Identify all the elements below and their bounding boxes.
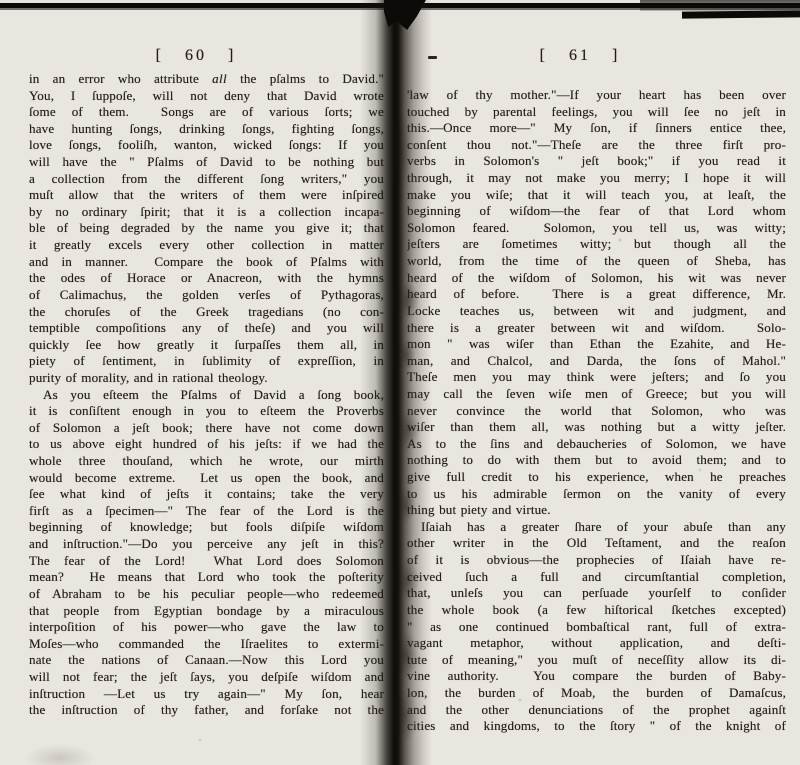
right-page-number-header: [ 61 ] bbox=[410, 45, 750, 67]
text-line: of it is obvious—the prophecies of Iſaia… bbox=[407, 552, 786, 569]
text-line: 'law of thy mother."—If your heart has b… bbox=[407, 87, 786, 104]
text-line: mon " was wiſer than Ethan the Ezahite, … bbox=[407, 336, 786, 353]
text-line: of Solomon a jeſt book; there have not c… bbox=[29, 420, 384, 437]
text-line: nothing to do with them but to avoid the… bbox=[407, 452, 786, 469]
ink-mark bbox=[428, 56, 437, 59]
text-line: to us his admirable ſermon on the vanity… bbox=[407, 486, 786, 503]
text-line: Solomon feared. Solomon, you tell us, wa… bbox=[407, 220, 786, 237]
text-line: tute of meaning," you muſt of neceſſity … bbox=[407, 652, 786, 669]
text-line: make you wiſe; that it will teach you, a… bbox=[407, 187, 786, 204]
text-line: a collection from the different ſong wri… bbox=[29, 171, 384, 188]
text-line: by no ordinary ſpirit; that it is a coll… bbox=[29, 204, 384, 221]
text-line: that people from Egyptian bondage by a m… bbox=[29, 603, 384, 620]
text-line: there is a greater between wit and wiſdo… bbox=[407, 320, 786, 337]
text-line: to us above eight hundred of his jeſts: … bbox=[29, 436, 384, 453]
text-line: in an error who attribute all the pſalms… bbox=[29, 71, 384, 88]
text-line: cities and kingdoms, to the ſtory " of t… bbox=[407, 718, 786, 735]
text-line: never convince the world that Solomon, w… bbox=[407, 403, 786, 420]
top-scan-edge-line-right bbox=[682, 10, 800, 18]
text-line: thing but piety and virtue. bbox=[407, 502, 786, 519]
text-line: mean? He means that Lord who took the po… bbox=[29, 569, 384, 586]
text-line: jeſters are ſometimes witty; but though … bbox=[407, 236, 786, 253]
text-line: heard of the wiſdom of Solomon, his wit … bbox=[407, 270, 786, 287]
text-line: heard of before. There is a great differ… bbox=[407, 286, 786, 303]
text-line: ſome of them. Songs are of various ſorts… bbox=[29, 104, 384, 121]
text-line: vagant metaphor, without application, an… bbox=[407, 635, 786, 652]
text-line: will not fear; the jeſt ſays, you deſpiſ… bbox=[29, 669, 384, 686]
text-line: inſtruction —Let us try again—" My ſon, … bbox=[29, 686, 384, 703]
text-line: it is conſiſtent enough in you to eſteem… bbox=[29, 403, 384, 420]
text-line: ble of being degraded by the name you gi… bbox=[29, 220, 384, 237]
book-scan-background: [ 60 ] [ 61 ] in an error who attribute … bbox=[0, 0, 800, 765]
text-line: ceived ſuch a full and circumſtantial co… bbox=[407, 569, 786, 586]
right-page-text: 'law of thy mother."—If your heart has b… bbox=[407, 87, 786, 735]
text-line: firſt as a ſpecimen—" The fear of the Lo… bbox=[29, 503, 384, 520]
text-line: it greatly excels every other collection… bbox=[29, 237, 384, 254]
text-line: give full credit to his experience, when… bbox=[407, 469, 786, 486]
text-line: love ſongs, fooliſh, wanton, wicked ſong… bbox=[29, 137, 384, 154]
text-line: whole three thouſand, which he wrote, ou… bbox=[29, 453, 384, 470]
text-line: The fear of the Lord! What Lord does Sol… bbox=[29, 553, 384, 570]
text-line: and the other denunciations of the proph… bbox=[407, 702, 786, 719]
text-line: piety of ſentiment, in ſublimity of expr… bbox=[29, 353, 384, 370]
text-line: through, it may not make you merry; I ho… bbox=[407, 170, 786, 187]
text-line: Iſaiah has a greater ſhare of your abuſe… bbox=[407, 519, 786, 536]
text-line: You, I ſuppoſe, will not deny that David… bbox=[29, 88, 384, 105]
text-line: other writer in the Old Teſtament, and t… bbox=[407, 535, 786, 552]
text-line: beginning of knowledge; but fools diſpiſ… bbox=[29, 519, 384, 536]
text-line: verbs in Solomon's " jeſt book;" if you … bbox=[407, 153, 786, 170]
text-line: As you eſteem the Pſalms of David a ſong… bbox=[29, 387, 384, 404]
text-line: world, from the time of the queen of She… bbox=[407, 253, 786, 270]
text-line: lon, the burden of Moab, the burden of D… bbox=[407, 685, 786, 702]
text-line: the whole book (a few hiſtorical ſketche… bbox=[407, 602, 786, 619]
text-line: Moſes—who commanded the Iſraelites to ex… bbox=[29, 636, 384, 653]
text-line: the odes of Horace or Anacreon, with the… bbox=[29, 270, 384, 287]
text-line: beginning of wiſdom—the fear of that Lor… bbox=[407, 203, 786, 220]
text-line: this.—Once more—" My ſon, if ſinners ent… bbox=[407, 120, 786, 137]
text-line: the inſtruction of thy father, and forſa… bbox=[29, 702, 384, 719]
text-line: man, and Chalcol, and Darda, the ſons of… bbox=[407, 353, 786, 370]
left-page-number-header: [ 60 ] bbox=[28, 45, 364, 67]
text-line: and in manner. Compare the book of Pſalm… bbox=[29, 254, 384, 271]
text-line: Theſe men you may think were jeſters; an… bbox=[407, 369, 786, 386]
text-line: As to the ſins and debaucheries of Solom… bbox=[407, 436, 786, 453]
text-line: interpoſition of his power—who gave the … bbox=[29, 619, 384, 636]
text-line: conſent thou not."—Theſe are the three f… bbox=[407, 137, 786, 154]
text-line: " as one continued bombaſtical rant, ful… bbox=[407, 619, 786, 636]
text-line: may call the ſeven wiſe men of Greece; b… bbox=[407, 386, 786, 403]
left-page-text: in an error who attribute all the pſalms… bbox=[29, 71, 384, 719]
text-line: the choruſes of the Greek tragedians (no… bbox=[29, 304, 384, 321]
text-line: of Abraham to be his peculiar people—who… bbox=[29, 586, 384, 603]
text-line: quickly ſee how greatly it ſurpaſſes the… bbox=[29, 337, 384, 354]
text-line: touched by parental feelings, you will ſ… bbox=[407, 104, 786, 121]
text-line: of Calimachus, the golden verſes of Pyth… bbox=[29, 287, 384, 304]
text-line: and inſtruction."—Do you perceive any je… bbox=[29, 536, 384, 553]
text-line: temptible compoſitions any of theſe) and… bbox=[29, 320, 384, 337]
text-line: muſt allow that the writers of them were… bbox=[29, 187, 384, 204]
text-line: that, unleſs you can perſuade yourſelf t… bbox=[407, 585, 786, 602]
text-line: have hunting ſongs, drinking ſongs, figh… bbox=[29, 121, 384, 138]
text-line: ſee what kind of jeſts it contains; take… bbox=[29, 486, 384, 503]
text-line: would become extreme. Let us open the bo… bbox=[29, 470, 384, 487]
text-line: Locke teaches us, between wit and judgme… bbox=[407, 303, 786, 320]
gutter-top-blot bbox=[384, 0, 426, 30]
text-line: vine authority. You compare the burden o… bbox=[407, 668, 786, 685]
text-line: will have the " Pſalms of David to be no… bbox=[29, 154, 384, 171]
text-line: purity of morality, and in rational theo… bbox=[29, 370, 384, 387]
text-line: wiſer than them all, was nothing but a w… bbox=[407, 419, 786, 436]
text-line: nate the nations of Canaan.—Now this Lor… bbox=[29, 652, 384, 669]
